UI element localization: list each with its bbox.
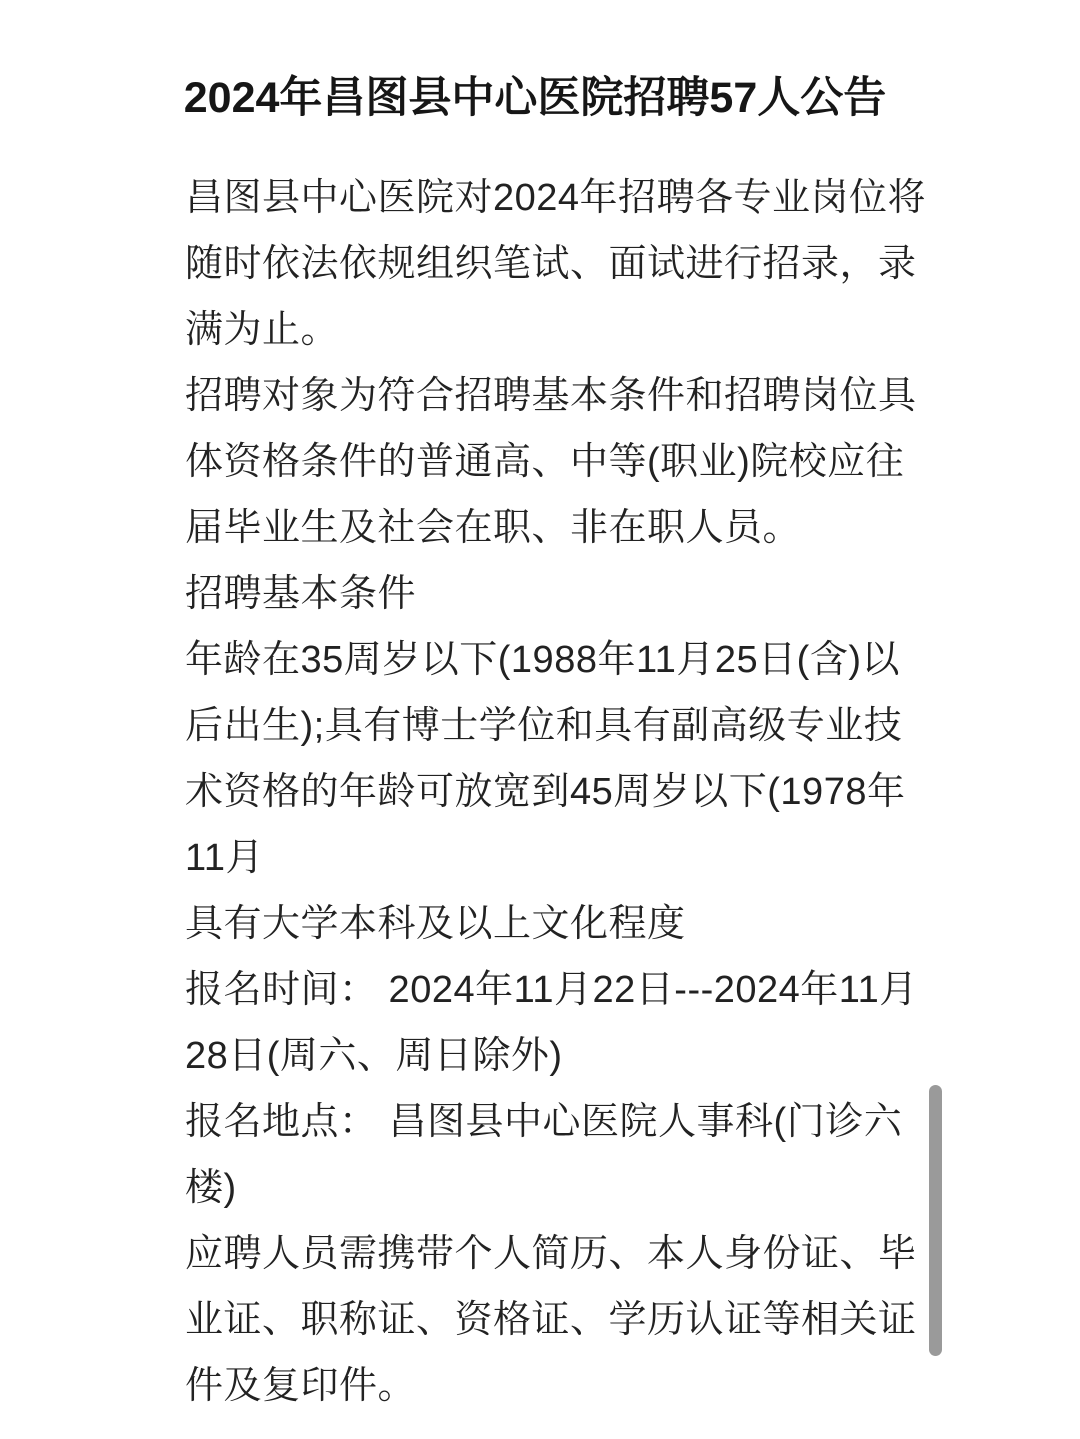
text-line: 满为止。: [185, 297, 945, 363]
text-line: 招聘对象为符合招聘基本条件和招聘岗位具: [185, 363, 945, 429]
announcement-body: 昌图县中心医院对2024年招聘各专业岗位将 随时依法依规组织笔试、面试进行招录，…: [185, 165, 945, 1419]
text-line: 报名地点： 昌图县中心医院人事科(门诊六: [185, 1089, 945, 1155]
text-line: 昌图县中心医院对2024年招聘各专业岗位将: [185, 165, 945, 231]
text-line: 报名时间： 2024年11月22日---2024年11月: [185, 957, 945, 1023]
text-line: 件及复印件。: [185, 1353, 945, 1419]
scrollbar-thumb[interactable]: [929, 1085, 942, 1356]
page-title: 2024年昌图县中心医院招聘57人公告: [130, 65, 940, 131]
text-line: 招聘基本条件: [185, 561, 945, 627]
text-line: 术资格的年龄可放宽到45周岁以下(1978年: [185, 759, 945, 825]
text-line: 应聘人员需携带个人简历、本人身份证、毕: [185, 1221, 945, 1287]
text-line: 年龄在35周岁以下(1988年11月25日(含)以: [185, 627, 945, 693]
text-line: 具有大学本科及以上文化程度: [185, 891, 945, 957]
text-line: 28日(周六、周日除外): [185, 1023, 945, 1089]
text-line: 11月: [185, 825, 945, 891]
text-line: 随时依法依规组织笔试、面试进行招录，录: [185, 231, 945, 297]
text-line: 楼): [185, 1155, 945, 1221]
text-line: 届毕业生及社会在职、非在职人员。: [185, 495, 945, 561]
text-line: 后出生);具有博士学位和具有副高级专业技: [185, 693, 945, 759]
text-line: 体资格条件的普通高、中等(职业)院校应往: [185, 429, 945, 495]
announcement-page: 2024年昌图县中心医院招聘57人公告 昌图县中心医院对2024年招聘各专业岗位…: [0, 0, 1080, 1439]
text-line: 业证、职称证、资格证、学历认证等相关证: [185, 1287, 945, 1353]
